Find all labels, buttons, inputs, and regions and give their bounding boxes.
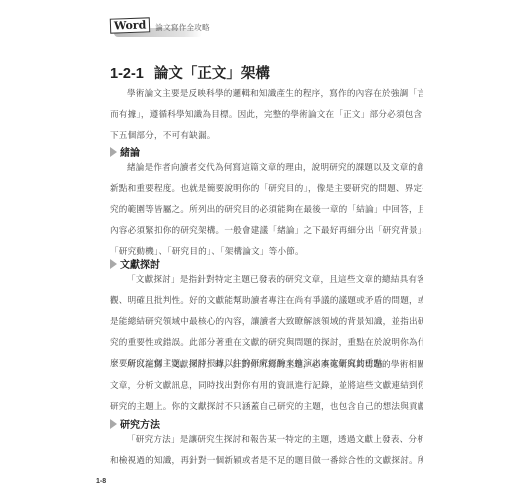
text-line: 文章，分析文獻訊息，同時找出對你有用的資訊進行記錄，並將這些文獻連結到你 [110,376,423,397]
text-line: 學術論文主要是反映科學的邏輯和知識產生的程序，寫作的內容在於強調「言 [110,84,423,105]
text-line: 而有據」，遵循科學知識為目標。因此，完整的學術論文在「正文」部分必須包含以 [110,105,423,126]
text-line: 研究的主題上。你的文獻探討不只涵蓋自己研究的主題，也包含自己的想法與貢獻。 [110,397,423,418]
subsection-heading-literature-review: 文獻探討 [110,256,160,271]
subsection-title: 文獻探討 [120,256,160,271]
literature-review-paragraph-2: 所以在寫「文獻探討」時，針對你所寫的主題，必須蒐集與其切題的學術相關 文章，分析… [110,355,423,418]
introduction-paragraph: 緒論是作者向讀者交代為何寫這篇文章的理由，說明研究的課題以及文章的創 新點和重要… [110,158,423,263]
text-line: 新點和重要程度。也就是簡要說明你的「研究目的」，像是主要研究的問題、界定研 [110,179,423,200]
subsection-title: 緒論 [120,144,140,159]
text-line: 是能總結研究領域中最核心的內容，讓讀者大致瞭解該領域的背景知識，並指出研 [110,312,423,333]
text-line: 所以在寫「文獻探討」時，針對你所寫的主題，必須蒐集與其切題的學術相關 [110,355,423,376]
text-line: 緒論是作者向讀者交代為何寫這篇文章的理由，說明研究的課題以及文章的創 [110,158,423,179]
text-line: 究的範圍等皆屬之。所列出的研究目的必須能夠在最後一章的「結論」中回答，且 [110,200,423,221]
page-number: 1-8 [96,478,106,485]
text-line: 「研究方法」是讓研究生探討和報告某一特定的主題，透過文獻上發表、分析 [110,430,423,451]
subsection-heading-research-methods: 研究方法 [110,416,160,431]
section-heading: 論文「正文」架構 [154,66,270,82]
research-methods-paragraph: 「研究方法」是讓研究生探討和報告某一特定的主題，透過文獻上發表、分析 和檢視過的… [110,430,423,472]
text-line: 「文獻探討」是指針對特定主題已發表的研究文章，且這些文章的總結具有客 [110,270,423,291]
triangle-marker-icon [110,259,117,269]
subsection-title: 研究方法 [120,416,160,431]
text-line: 觀、明確且批判性。好的文獻能幫助讀者專注在尚有爭議的議題或矛盾的問題，或 [110,291,423,312]
section-title: 1-2-1論文「正文」架構 [110,62,270,83]
book-title: 論文寫作全攻略 [155,22,210,33]
word-badge: Word [110,17,151,33]
section-number: 1-2-1 [110,66,144,82]
text-line: 和檢視過的知識，再針對一個新穎或者是不足的題目做一番綜合性的文獻探討。所 [110,451,423,472]
triangle-marker-icon [110,419,117,429]
triangle-marker-icon [110,147,117,157]
intro-paragraph: 學術論文主要是反映科學的邏輯和知識產生的程序，寫作的內容在於強調「言 而有據」，… [110,84,423,147]
text-line: 內容必須緊扣你的研究架構。一般會建議「緒論」之下最好再細分出「研究背景」、 [110,221,423,242]
subsection-heading-introduction: 緒論 [110,144,140,159]
text-line: 下五個部分，不可有缺漏。 [110,126,423,147]
running-header: Word 論文寫作全攻略 [110,18,210,33]
text-line: 究的重要性或錯誤。此部分著重在文獻的研究與問題的探討，重點在於說明你為什 [110,333,423,354]
